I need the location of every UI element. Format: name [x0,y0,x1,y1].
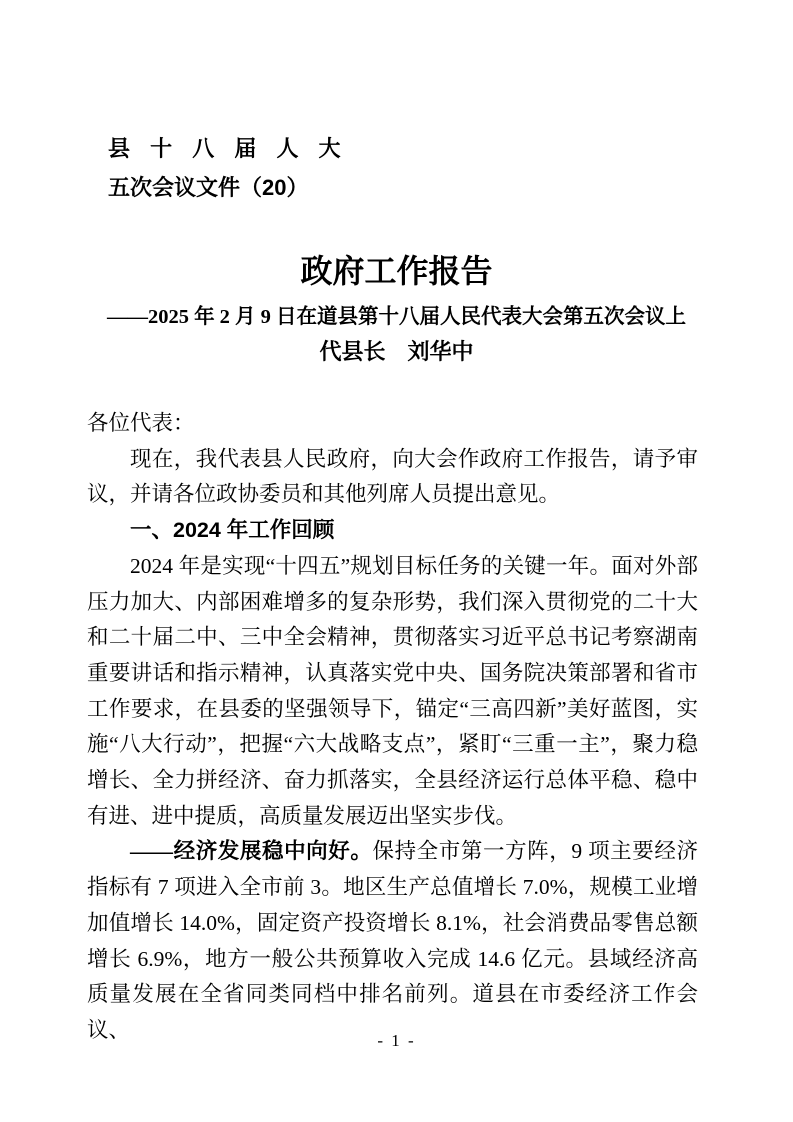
paragraph-2024-overview: 2024 年是实现“十四五”规划目标任务的关键一年。面对外部压力加大、内部困难增… [87,549,698,835]
report-title: 政府工作报告 [0,251,793,291]
salutation: 各位代表： [87,406,698,442]
header-line-congress: 县 十 八 届 人 大 [108,129,348,168]
paragraph-introduction: 现在，我代表县人民政府，向大会作政府工作报告，请予审议，并请各位政协委员和其他列… [87,442,698,513]
meeting-document-header: 县 十 八 届 人 大 五次会议文件（20） [108,129,348,207]
presenter-name-line: 代县长 刘华中 [0,337,793,367]
report-body: 各位代表： 现在，我代表县人民政府，向大会作政府工作报告，请予审议，并请各位政协… [87,406,698,1049]
document-page: 县 十 八 届 人 大 五次会议文件（20） 政府工作报告 ——2025 年 2… [0,0,793,1122]
header-line-session-file-number: 五次会议文件（20） [108,168,348,207]
report-subtitle-date-venue: ——2025 年 2 月 9 日在道县第十八届人民代表大会第五次会议上 [0,302,793,332]
section-heading-2024-review: 一、2024 年工作回顾 [87,513,698,549]
paragraph-lead-economy-steady: ——经济发展稳中向好。 [130,839,372,863]
page-number: - 1 - [0,1031,793,1051]
paragraph-economic-development: ——经济发展稳中向好。保持全市第一方阵，9 项主要经济指标有 7 项进入全市前 … [87,834,698,1048]
paragraph-economy-details: 保持全市第一方阵，9 项主要经济指标有 7 项进入全市前 3。地区生产总值增长 … [87,839,698,1042]
